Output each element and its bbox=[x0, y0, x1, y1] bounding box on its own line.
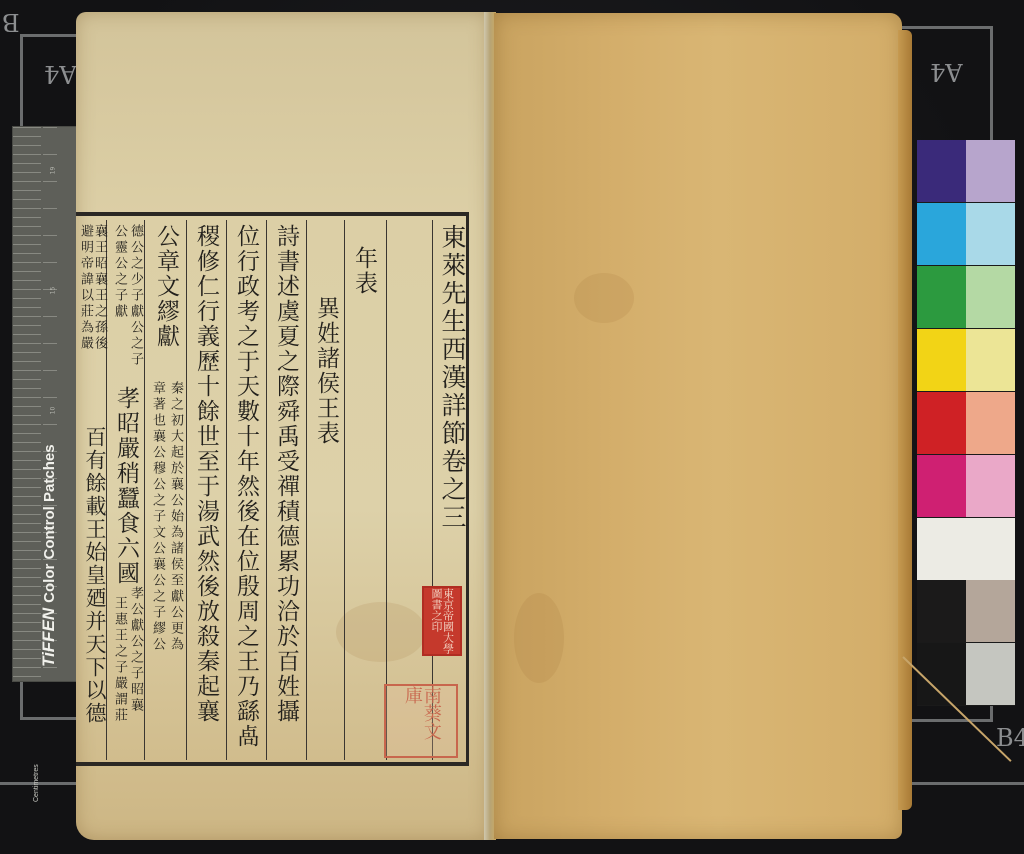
patch-magenta-dark bbox=[917, 455, 966, 517]
patch-row-blue bbox=[917, 140, 1015, 203]
tiffen-ruler: 1 5 10 15 19 TiFFENColor Control Patches… bbox=[12, 126, 80, 682]
patch-black-1 bbox=[917, 580, 966, 642]
patch-gray-warm bbox=[966, 580, 1015, 642]
annotation-column: 秦之初大起於襄公始為諸侯至獻公更為 bbox=[166, 381, 185, 756]
annotation-column: 王惠王之子嚴謂莊 bbox=[110, 596, 129, 756]
ruler-title: TiFFENColor Control Patches bbox=[39, 444, 59, 667]
patch-row-magenta bbox=[917, 455, 1015, 518]
patch-row-gray-2 bbox=[917, 643, 1015, 706]
patch-green-light bbox=[966, 266, 1015, 328]
cm-mark: 10 bbox=[49, 407, 56, 415]
text-column: 稷修仁行義歷十餘世至于湯武然後放殺秦起襄 bbox=[190, 224, 223, 756]
right-page-blank bbox=[494, 13, 902, 839]
color-control-patches bbox=[917, 140, 1015, 706]
ruler-units: Centimetres bbox=[33, 764, 40, 802]
patch-row-gray-1 bbox=[917, 580, 1015, 643]
table-heading: 異姓諸侯王表 bbox=[310, 296, 343, 756]
patch-gray-light bbox=[966, 643, 1015, 705]
book-title-column: 東萊先生西漢詳節卷之三 bbox=[434, 224, 470, 756]
text-column: 位行政考之于天數十年然後在位殷周之王乃繇卨 bbox=[230, 224, 263, 756]
patch-yellow-light bbox=[966, 329, 1015, 391]
patch-cyan-dark bbox=[917, 203, 966, 265]
text-column: 百有餘載王始皇廼并天下以德 bbox=[80, 426, 110, 756]
guide-label-b4: B4 bbox=[996, 724, 1024, 752]
guide-label-a4-right: A4 bbox=[930, 58, 963, 86]
patch-red-light bbox=[966, 392, 1015, 454]
patch-row-cyan bbox=[917, 203, 1015, 266]
patch-cyan-light bbox=[966, 203, 1015, 265]
inch-ticks bbox=[13, 127, 41, 681]
patch-row-red bbox=[917, 392, 1015, 455]
page-edge bbox=[898, 30, 912, 810]
patch-red-dark bbox=[917, 392, 966, 454]
library-seal-outline: 南葵文庫 bbox=[384, 684, 458, 758]
section-heading-nianbiao: 年表 bbox=[348, 246, 381, 756]
printed-text-block: 東萊先生西漢詳節卷之三 年表 異姓諸侯王表 詩書述虞夏之際舜禹受禪積德累功洽於百… bbox=[76, 212, 469, 766]
text-column: 詩書述虞夏之際舜禹受禪積德累功洽於百姓攝 bbox=[270, 224, 303, 756]
patch-blue-light bbox=[966, 140, 1015, 202]
tiffen-logo: TiFFEN bbox=[39, 608, 58, 667]
annotation-column: 章著也襄公穆公之子文公襄公之子繆公 bbox=[148, 381, 167, 756]
patch-row-green bbox=[917, 266, 1015, 329]
patch-row-yellow bbox=[917, 329, 1015, 392]
patch-magenta-light bbox=[966, 455, 1015, 517]
cm-mark: 15 bbox=[49, 287, 56, 295]
cm-mark: 19 bbox=[49, 167, 56, 175]
text-column: 公章文繆獻 bbox=[150, 224, 183, 374]
patch-green-dark bbox=[917, 266, 966, 328]
guide-label-b: B bbox=[2, 8, 20, 36]
guide-label-a4-left: A4 bbox=[44, 60, 77, 88]
patch-white bbox=[917, 518, 1015, 580]
patch-blue-dark bbox=[917, 140, 966, 202]
library-seal-red: 東京帝國大學圖書之印 bbox=[422, 586, 462, 656]
patch-yellow-dark bbox=[917, 329, 966, 391]
